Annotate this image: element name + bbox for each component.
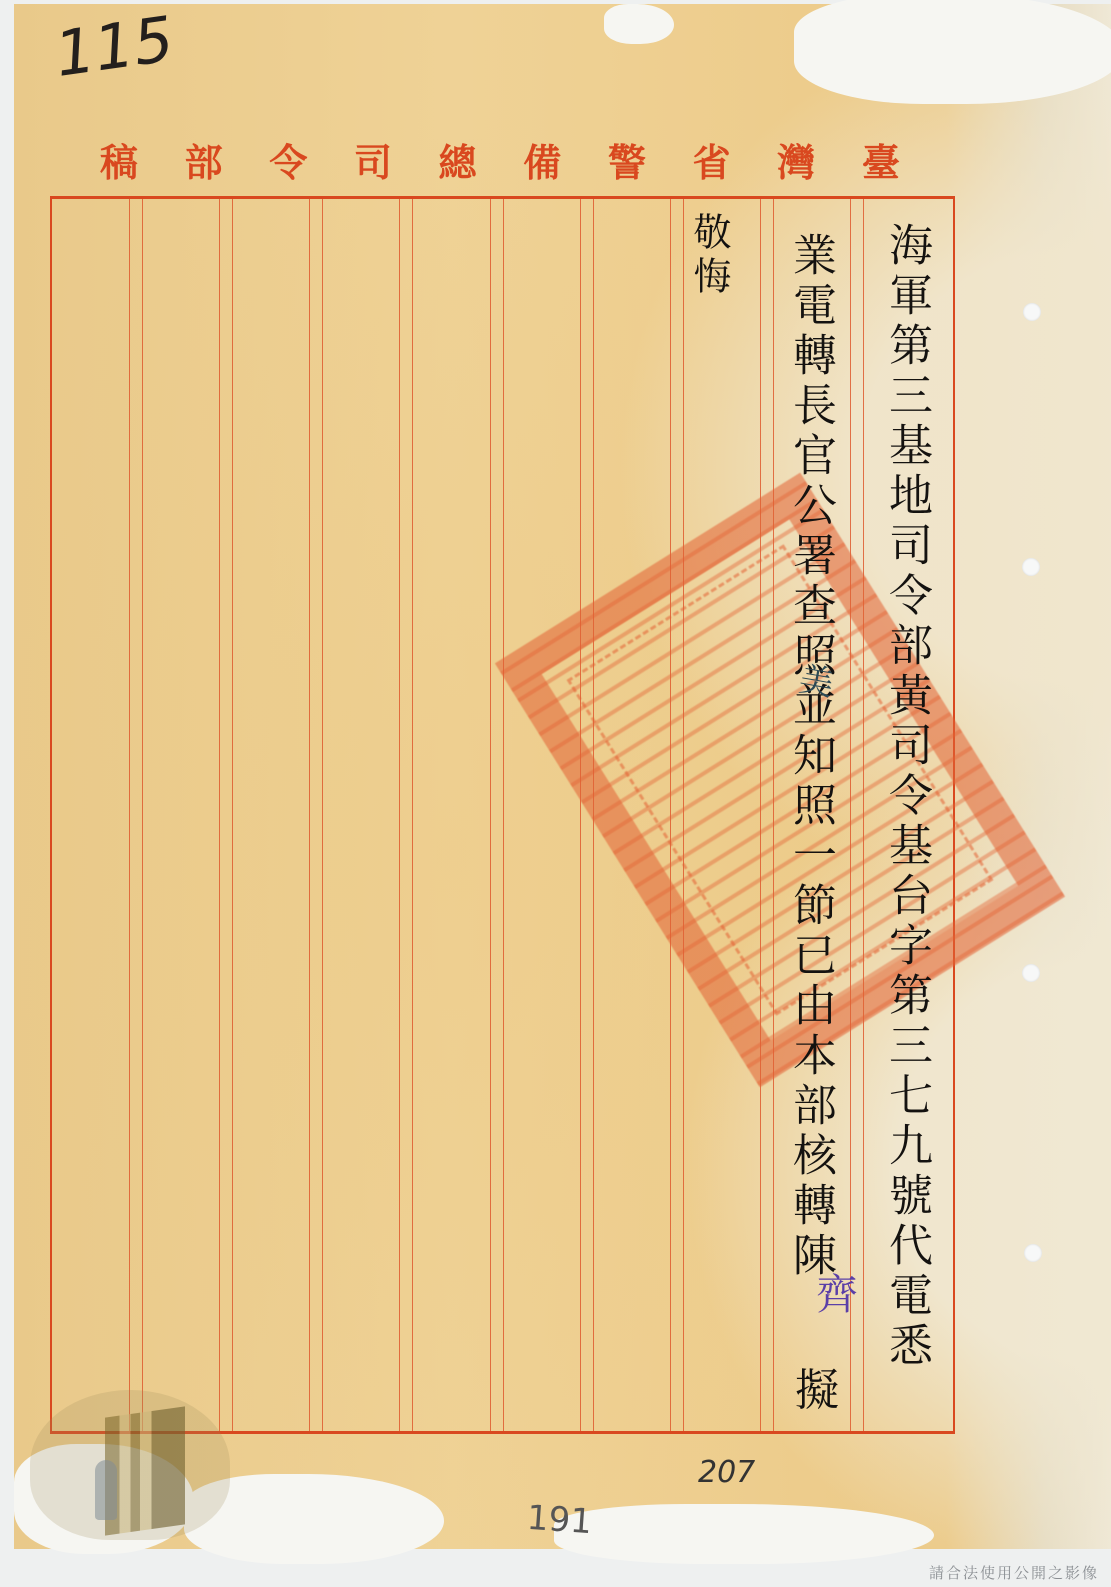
letterhead-char: 備	[523, 132, 561, 187]
text-column: 敬悔	[690, 212, 728, 300]
signature-mark: 擬	[795, 1354, 839, 1418]
paper-damage	[604, 4, 674, 44]
book-icon	[105, 1406, 185, 1535]
letterhead-char: 總	[439, 132, 477, 187]
paper-damage	[554, 1504, 934, 1564]
archive-logo-watermark	[30, 1390, 230, 1540]
letterhead-char: 警	[608, 132, 646, 187]
personal-seal: 齊	[816, 1262, 858, 1322]
letterhead-char: 臺	[862, 132, 900, 187]
letterhead-char: 灣	[777, 132, 815, 187]
text-column: 業電轉長官公署查照並知照一節已由本部核轉陳	[788, 232, 832, 1282]
letterhead-char: 部	[185, 132, 223, 187]
page-number: 191	[526, 1498, 594, 1542]
text-column: 海軍第三基地司令部黃司令基台字第三七九號代電悉	[884, 222, 928, 1372]
punch-hole	[1024, 1244, 1042, 1262]
letterhead-char: 省	[693, 132, 731, 187]
letterhead-char: 稿	[100, 132, 138, 187]
punch-hole	[1023, 303, 1041, 321]
letterhead-char: 司	[354, 132, 392, 187]
keyhole-icon	[95, 1460, 117, 1520]
page-number: 207	[698, 1455, 755, 1490]
punch-hole	[1022, 558, 1040, 576]
paper-damage	[794, 0, 1111, 104]
usage-notice: 請合法使用公開之影像	[929, 1562, 1099, 1583]
punch-hole	[1022, 964, 1040, 982]
letterhead: 臺 灣 省 警 備 總 司 令 部 稿	[100, 132, 900, 187]
letterhead-char: 令	[269, 132, 307, 187]
